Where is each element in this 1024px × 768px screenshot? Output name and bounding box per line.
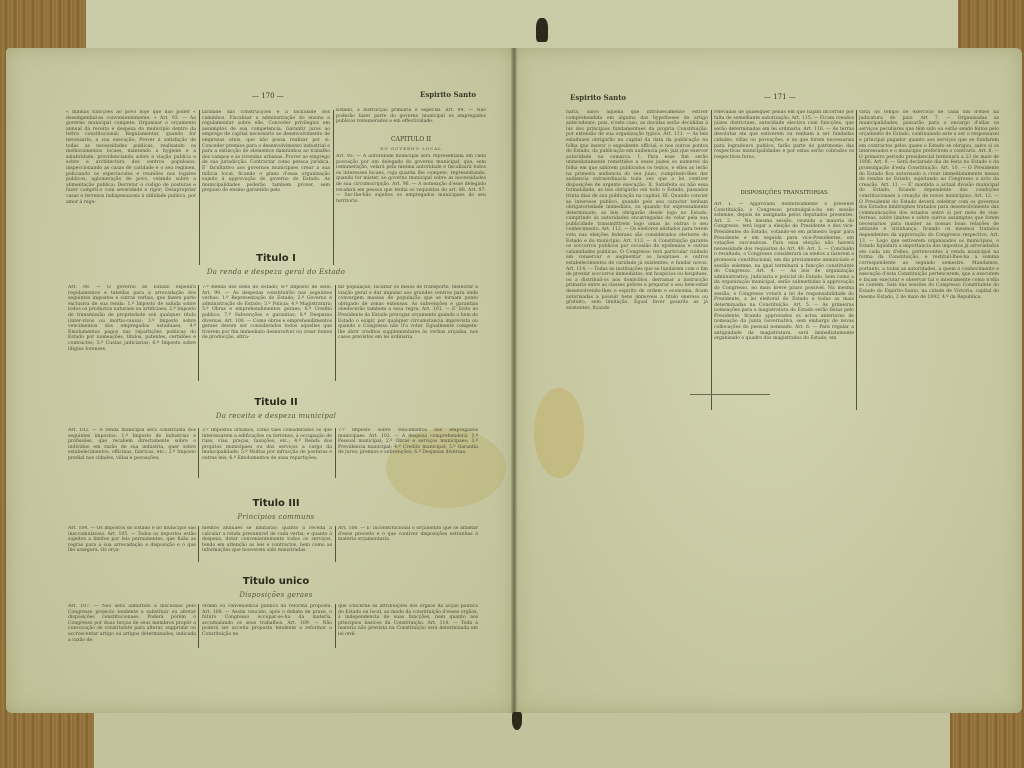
section-subtitle: Principios communs [66,513,486,521]
column-rule [333,110,334,265]
column-rule [856,110,857,410]
text-column: Art. 107. — Não será admittido á discuss… [68,604,196,648]
column-rule [198,526,199,562]
text-column: Art. 98. — O governo do Estado expedirá … [68,285,196,381]
text-column: 7.º Imposto sobre vencimentos dos empreg… [338,428,478,478]
text-column: mentos annuaes se limitarão: quanto á re… [202,526,332,562]
column-rule [198,428,199,478]
column-rule [335,526,336,562]
column-rule [335,428,336,478]
text-column: vista do tempo de exercicio de cada um d… [859,110,999,400]
page-number: — 171 — [764,93,796,101]
text-column: « minhas funcções ao povo hoje que não p… [66,110,196,265]
end-rule [690,394,770,395]
column-rule [199,110,200,265]
open-book: — 170 — « minhas funcções ao povo hoje q… [6,48,1022,713]
text-column: relevadas de quaesquer penas em que haja… [714,110,854,182]
text-column: ordem ou conveniencia publica da reforma… [202,604,332,648]
torn-fragment [536,18,548,42]
text-column: 3.º Impostos urbanos, como taes consider… [202,428,332,478]
text-column: Art. 106. — E' inconstitucional o orçame… [338,526,478,562]
section-subtitle: Da renda e despeza geral do Estado [66,268,486,276]
section-title: Titulo III [66,498,486,509]
text-column: Art 1. — Approvada definitivamente a pre… [714,202,854,410]
section-heading: DISPOSIÇÕES TRANSITORIAS [714,190,854,196]
section-subtitle: Da receita e despeza municipal [66,412,486,420]
text-column: Art. 104. — Os impostos do Estado e do m… [68,526,196,562]
running-head: Espirito Santo [420,90,476,99]
text-column: que concerne ás attribuições dos orgãos … [338,604,478,648]
underlying-sheet [94,705,950,768]
text-column: Estado, á instrucção primaria e especial… [336,108,486,132]
chapter-heading: CAPITULO II [336,136,486,143]
section-title: Titulo unico [66,576,486,587]
text-column: Art. 95. — A autoridade municipal será r… [336,154,486,234]
left-page: — 170 — « minhas funcções ao povo hoje q… [6,48,514,713]
chapter-subtitle: DO GOVERNO LOCAL [336,146,486,151]
running-head: Espirito Santo [570,93,626,102]
text-column: 7.º Renda dos bens do Estado; 8.º Impost… [202,285,332,381]
column-rule [198,285,199,381]
column-rule [335,285,336,381]
page-number: — 170 — [252,92,284,100]
book-gutter [511,48,517,713]
section-title: Titulo I [66,253,486,264]
text-column: laridade das construcções e á facilidade… [202,110,330,265]
column-rule [198,604,199,648]
section-title: Titulo II [66,397,486,408]
text-column: Art. 102. — A renda municipal será const… [68,428,196,478]
section-subtitle: Disposições geraes [66,591,486,599]
text-column: naria, salvo aquella que intrinsecamente… [566,110,708,410]
column-rule [711,110,712,410]
text-column: hir população, facilitar os meios de tra… [338,285,478,381]
right-page: Espirito Santo — 171 — naria, salvo aque… [514,48,1022,713]
column-rule [335,604,336,648]
torn-fragment [512,712,522,730]
